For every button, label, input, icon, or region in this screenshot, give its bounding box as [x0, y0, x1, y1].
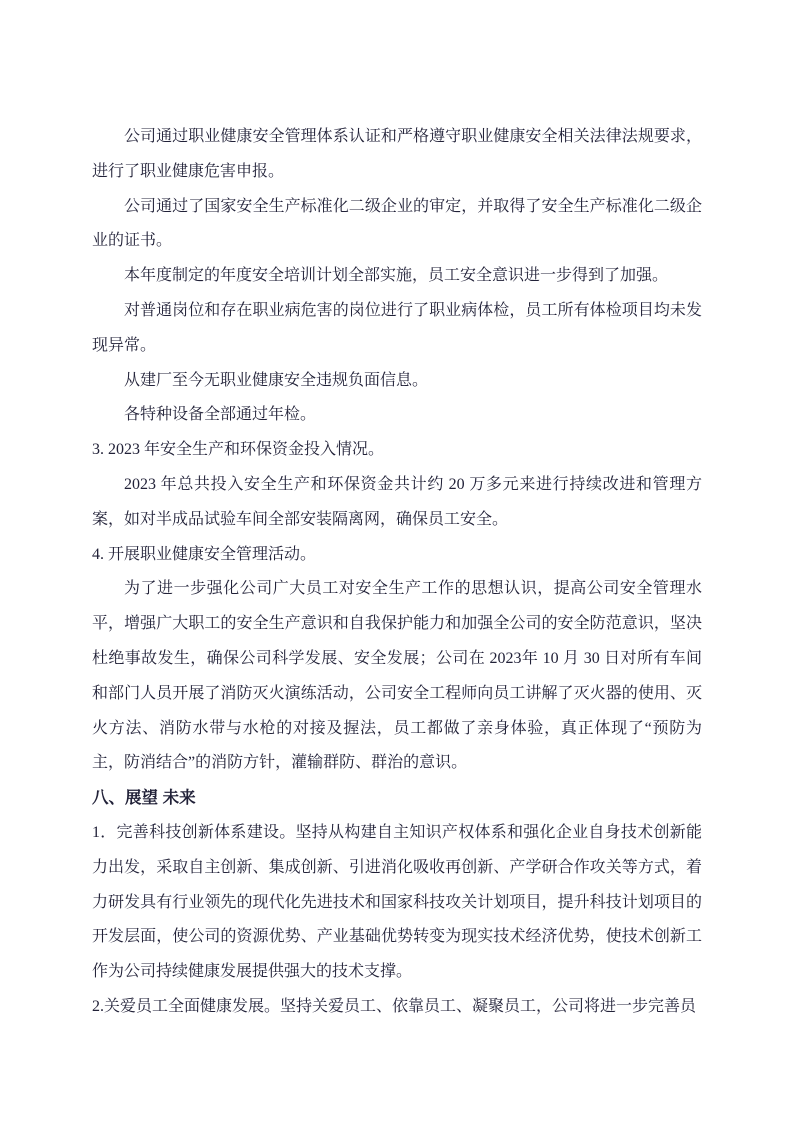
paragraph: 为了进一步强化公司广大员工对安全生产工作的思想认识，提高公司安全管理水平，增强广… [92, 572, 702, 781]
document-body-text: 公司通过职业健康安全管理体系认证和严格遵守职业健康安全相关法律法规要求，进行了职… [92, 120, 702, 1025]
paragraph: 1．完善科技创新体系建设。坚持从构建自主知识产权体系和强化企业自身技术创新能力出… [92, 816, 702, 990]
paragraph: 2023 年总共投入安全生产和环保资金共计约 20 万多元来进行持续改进和管理方… [92, 468, 702, 538]
paragraph: 3. 2023 年安全生产和环保资金投入情况。 [92, 433, 702, 468]
paragraph: 公司通过了国家安全生产标准化二级企业的审定，并取得了安全生产标准化二级企业的证书… [92, 190, 702, 260]
paragraph: 从建厂至今无职业健康安全违规负面信息。 [92, 364, 702, 399]
paragraph: 各特种设备全部通过年检。 [92, 398, 702, 433]
section-heading: 八、展望 未来 [92, 781, 702, 816]
paragraph: 对普通岗位和存在职业病危害的岗位进行了职业病体检，员工所有体检项目均未发现异常。 [92, 294, 702, 364]
paragraph: 2.关爱员工全面健康发展。坚持关爱员工、依靠员工、凝聚员工，公司将进一步完善员 [92, 990, 702, 1025]
paragraph: 公司通过职业健康安全管理体系认证和严格遵守职业健康安全相关法律法规要求，进行了职… [92, 120, 702, 190]
paragraph: 4. 开展职业健康安全管理活动。 [92, 538, 702, 573]
document-page: 公司通过职业健康安全管理体系认证和严格遵守职业健康安全相关法律法规要求，进行了职… [0, 0, 794, 1123]
paragraph: 本年度制定的年度安全培训计划全部实施，员工安全意识进一步得到了加强。 [92, 259, 702, 294]
